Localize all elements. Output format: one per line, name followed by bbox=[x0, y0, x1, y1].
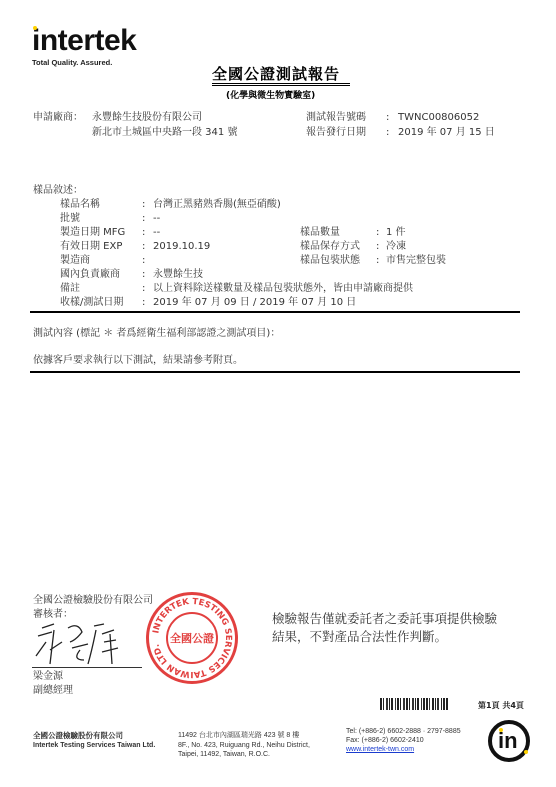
logo-tagline: Total Quality. Assured. bbox=[32, 58, 136, 67]
signer-company: 全國公證檢驗股份有限公司 bbox=[33, 594, 153, 607]
sample-right-label: 樣品數量 bbox=[300, 226, 340, 239]
sample-field-label: 有效日期 EXP bbox=[60, 240, 122, 253]
footer-address-zh: 11492 台北市內湖區瑞光路 423 號 8 樓 bbox=[178, 731, 299, 740]
sample-field-value: 永豐餘生技 bbox=[153, 268, 203, 281]
test-content-label: 測試內容 (標記 ＊ 者爲經衛生福利部認證之測試項目)： bbox=[33, 327, 280, 340]
sample-field-value: -- bbox=[153, 226, 160, 239]
barcode bbox=[380, 698, 448, 710]
sample-field-label: 批號 bbox=[60, 212, 80, 225]
sample-right-value: 冷凍 bbox=[386, 240, 406, 253]
sample-right-value: 市售完整包裝 bbox=[386, 254, 446, 267]
section-divider bbox=[30, 371, 520, 373]
sample-field-label: 國內負責廠商 bbox=[60, 268, 120, 281]
signer-name: 梁金源 bbox=[33, 670, 63, 683]
section-divider bbox=[30, 311, 520, 313]
sample-right-label: 樣品包裝狀態 bbox=[300, 254, 360, 267]
report-number-value: TWNC00806052 bbox=[398, 111, 479, 124]
badge-text: in bbox=[498, 728, 518, 754]
title-underline-2 bbox=[212, 85, 350, 86]
footer-address-en-1: 8F., No. 423, Ruiguang Rd., Neihu Distri… bbox=[178, 741, 310, 750]
sample-field-value: -- bbox=[153, 212, 160, 225]
disclaimer-line-1: 檢驗報告僅就委託者之委託事項提供檢驗 bbox=[272, 610, 497, 628]
sample-field-label: 備註 bbox=[60, 282, 80, 295]
sample-field-value: 以上資料除送樣數量及樣品包裝狀態外，皆由申請廠商提供 bbox=[153, 282, 413, 295]
company-seal-stamp: INTERTEK TESTING SERVICES TAIWAN LTD. 全國… bbox=[146, 592, 238, 684]
report-date-value: 2019 年 07 月 15 日 bbox=[398, 126, 495, 139]
logo-dot-icon bbox=[33, 26, 37, 30]
report-number-label: 測試報告號碼 bbox=[306, 111, 366, 124]
sample-field-colon: : bbox=[142, 212, 145, 225]
stamp-center-text: 全國公證 bbox=[170, 630, 214, 646]
sample-field-colon: : bbox=[142, 296, 145, 309]
sample-field-label: 製造日期 MFG bbox=[60, 226, 125, 239]
applicant-address: 新北市土城區中央路一段 341 號 bbox=[92, 126, 237, 139]
footer-company-en: Intertek Testing Services Taiwan Ltd. bbox=[33, 741, 155, 750]
footer-address-en-2: Taipei, 11492, Taiwan, R.O.C. bbox=[178, 750, 270, 759]
sample-field-label: 製造商 bbox=[60, 254, 90, 267]
sample-field-label: 收樣/測試日期 bbox=[60, 296, 123, 309]
sample-field-value: 台灣正黑豬熟香腸(無亞硝酸) bbox=[153, 198, 281, 211]
title-underline bbox=[212, 83, 350, 84]
report-date-colon: : bbox=[386, 126, 389, 139]
disclaimer-line-2: 結果，不對產品合法性作判斷。 bbox=[272, 628, 447, 646]
report-subtitle: (化學與微生物實驗室) bbox=[226, 88, 315, 101]
handwritten-signature bbox=[32, 620, 152, 670]
sample-field-colon: : bbox=[142, 240, 145, 253]
footer-tel: Tel: (+886-2) 6602-2888 · 2797-8885 bbox=[346, 727, 461, 736]
stamp-inner-circle: 全國公證 bbox=[166, 612, 218, 664]
signature-line bbox=[32, 667, 142, 668]
sample-field-colon: : bbox=[142, 268, 145, 281]
sample-field-colon: : bbox=[142, 282, 145, 295]
sample-field-colon: : bbox=[142, 198, 145, 211]
badge-dot-icon bbox=[524, 750, 528, 754]
sample-right-label: 樣品保存方式 bbox=[300, 240, 360, 253]
footer-website-link[interactable]: www.intertek-twn.com bbox=[346, 745, 414, 754]
sample-field-colon: : bbox=[142, 254, 145, 267]
sample-right-colon: : bbox=[376, 240, 379, 253]
sample-section-label: 樣品敘述： bbox=[33, 184, 83, 197]
footer-fax: Fax: (+886-2) 6602-2410 bbox=[346, 736, 424, 745]
sample-right-colon: : bbox=[376, 226, 379, 239]
report-date-label: 報告發行日期 bbox=[306, 126, 366, 139]
sample-field-colon: : bbox=[142, 226, 145, 239]
report-number-colon: : bbox=[386, 111, 389, 124]
applicant-name: 永豐餘生技股份有限公司 bbox=[92, 111, 202, 124]
page-number: 第1頁 共4頁 bbox=[478, 700, 524, 711]
logo-wordmark: intertek bbox=[32, 26, 136, 56]
sample-right-colon: : bbox=[376, 254, 379, 267]
sample-field-value: 2019.10.19 bbox=[153, 240, 210, 253]
sample-field-label: 樣品名稱 bbox=[60, 198, 100, 211]
applicant-label: 申請廠商： bbox=[33, 111, 83, 124]
sample-field-value: 2019 年 07 月 09 日 / 2019 年 07 月 10 日 bbox=[153, 296, 356, 309]
test-content-text: 依據客戶要求執行以下測試，結果請參考附頁。 bbox=[33, 354, 243, 367]
signer-position: 副總經理 bbox=[33, 684, 73, 697]
intertek-logo: intertek Total Quality. Assured. bbox=[32, 26, 136, 67]
intertek-in-badge-icon: in bbox=[488, 720, 530, 762]
footer-company-zh: 全國公證檢驗股份有限公司 bbox=[33, 731, 123, 740]
sample-right-value: 1 件 bbox=[386, 226, 406, 239]
report-title: 全國公證測試報告 bbox=[212, 63, 340, 84]
